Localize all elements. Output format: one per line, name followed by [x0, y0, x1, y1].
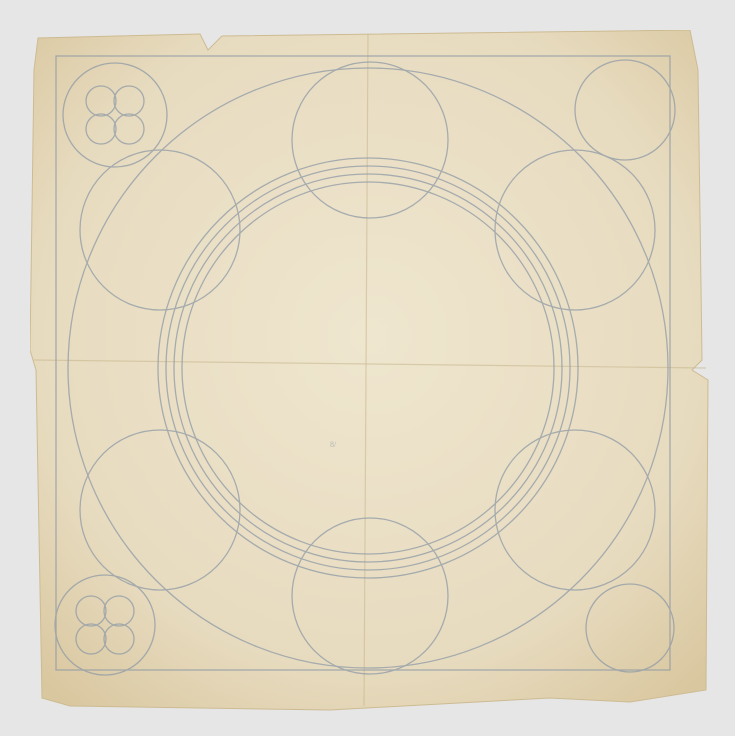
center-inscription: 8/: [330, 440, 336, 449]
drawing-sheet: [30, 30, 710, 712]
